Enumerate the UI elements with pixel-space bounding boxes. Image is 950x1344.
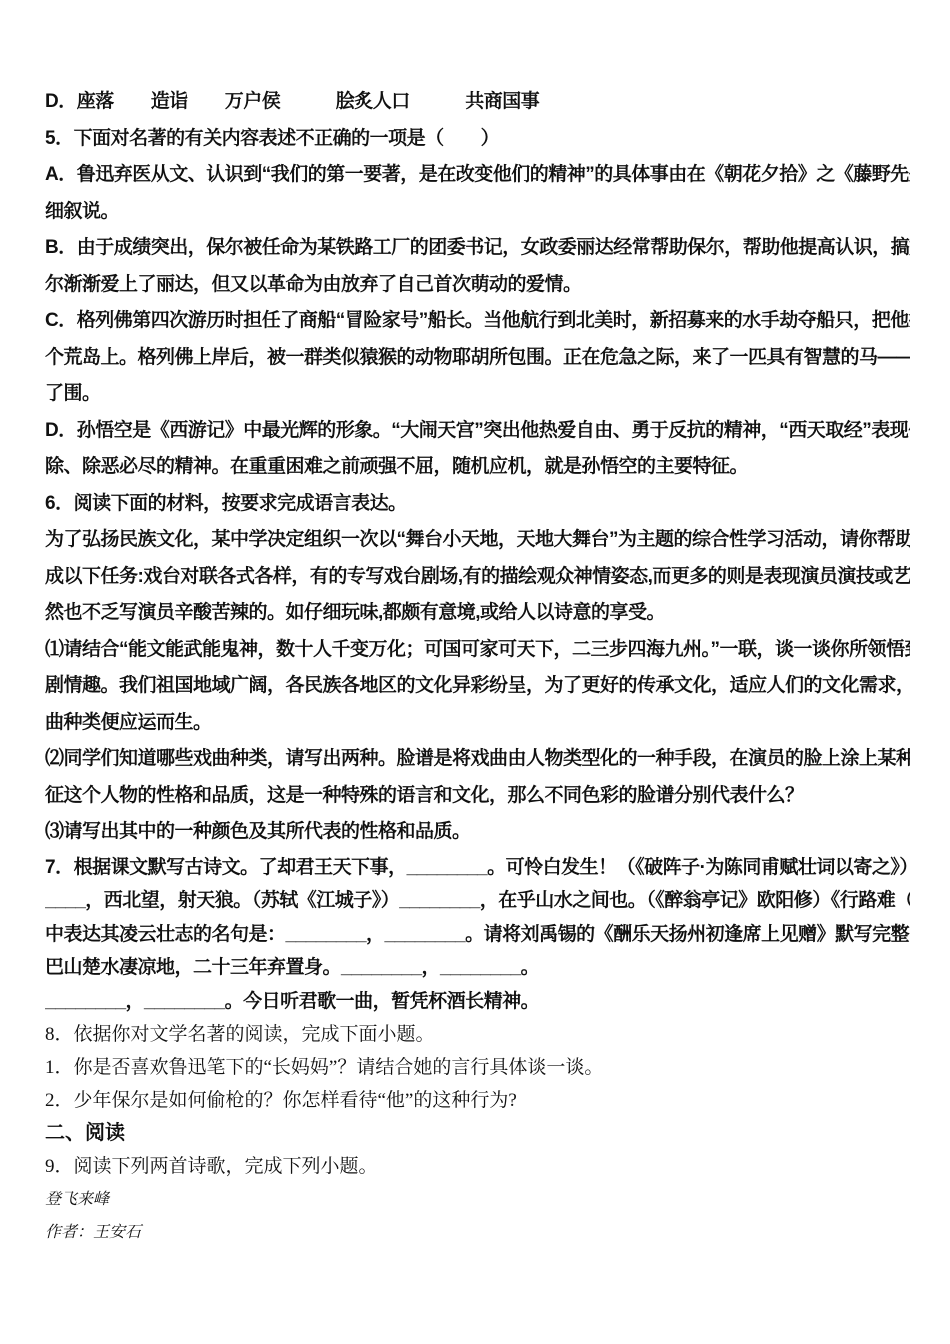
question-7-line-2: ____，西北望，射天狼。（苏轼《江城子》）________，在乎山水之间也。（… [45,884,910,918]
question-6-stem: 6．阅读下面的材料，按要求完成语言表达。 [45,486,910,523]
question-6-material-line-3: 然也不乏写演员辛酸苦辣的。如仔细玩味,都颇有意境,或给人以诗意的享受。 [45,595,910,632]
question-6-task-1-line-2: 剧情趣。我们祖国地域广阔，各民族各地区的文化异彩纷呈，为了更好的传承文化，适应人… [45,668,910,705]
question-5-option-c-line-2: 个荒岛上。格列佛上岸后，被一群类似猿猴的动物耶胡所包围。正在危急之际，来了一匹具… [45,340,910,377]
question-9-stem: 9．阅读下列两首诗歌，完成下列小题。 [45,1150,910,1183]
question-5-option-a-line-1: A．鲁迅弃医从文、认识到“我们的第一要著，是在改变他们的精神”的具体事由在《朝花… [45,157,910,194]
reading-section: 二、阅读 9．阅读下列两首诗歌，完成下列小题。 登飞来峰 作者：王安石 [45,1117,910,1249]
question-7-line-4: 巴山楚水凄凉地，二十三年弃置身。________，________。 [45,951,910,985]
question-7-line-5: ________，________。今日听君歌一曲，暂凭杯酒长精神。 [45,985,910,1019]
question-5-option-a-line-2: 细叙说。 [45,194,910,231]
question-8-stem: 8．依据你对文学名著的阅读，完成下面小题。 [45,1018,910,1051]
question-7-line-1: 7．根据课文默写古诗文。了却君王天下事，________。可怜白发生！（《破阵子… [45,851,910,885]
exam-document-page: D．座落 造诣 万户侯 脍炙人口 共商国事 5．下面对名著的有关内容表述不正确的… [0,0,950,1344]
question-6-material-line-1: 为了弘扬民族文化，某中学决定组织一次以“舞台小天地，天地大舞台”为主题的综合性学… [45,522,910,559]
question-8-block: 8．依据你对文学名著的阅读，完成下面小题。 1．你是否喜欢鲁迅笔下的“长妈妈”？… [45,1018,910,1117]
question-5-option-b-line-2: 尔渐渐爱上了丽达，但又以革命为由放弃了自己首次萌动的爱情。 [45,267,910,304]
question-8-sub-1: 1．你是否喜欢鲁迅笔下的“长妈妈”？请结合她的言行具体谈一谈。 [45,1051,910,1084]
option-d-word-list: D．座落 造诣 万户侯 脍炙人口 共商国事 [45,84,910,121]
question-5-stem: 5．下面对名著的有关内容表述不正确的一项是（ ） [45,121,910,158]
question-6-task-1-line-3: 曲种类便应运而生。 [45,705,910,742]
question-5-option-d-line-2: 除、除恶必尽的精神。在重重困难之前顽强不屈，随机应机，就是孙悟空的主要特征。 [45,449,910,486]
question-5-block: D．座落 造诣 万户侯 脍炙人口 共商国事 5．下面对名著的有关内容表述不正确的… [45,84,910,486]
question-5-option-c-line-1: C．格列佛第四次游历时担任了商船“冒险家号”船长。当他航行到北美时，新招募来的水… [45,303,910,340]
section-2-header: 二、阅读 [45,1117,910,1150]
question-6-task-3: ⑶请写出其中的一种颜色及其所代表的性格和品质。 [45,814,910,851]
poem-author: 作者：王安石 [45,1216,910,1249]
question-7-line-3: 中表达其凌云壮志的名句是：________，________。请将刘禹锡的《酬乐… [45,918,910,952]
question-6-block: 6．阅读下面的材料，按要求完成语言表达。 为了弘扬民族文化，某中学决定组织一次以… [45,486,910,851]
question-6-task-2-line-2: 征这个人物的性格和品质，这是一种特殊的语言和文化，那么不同色彩的脸谱分别代表什么… [45,778,910,815]
question-6-task-1-line-1: ⑴请结合“能文能武能鬼神，数十人千变万化；可国可家可天下，二三步四海九州。”一联… [45,632,910,669]
question-5-option-b-line-1: B．由于成绩突出，保尔被任命为某铁路工厂的团委书记，女政委丽达经常帮助保尔，帮助… [45,230,910,267]
question-8-sub-2: 2．少年保尔是如何偷枪的？你怎样看待“他”的这种行为? [45,1084,910,1117]
question-6-task-2-line-1: ⑵同学们知道哪些戏曲种类，请写出两种。脸谱是将戏曲由人物类型化的一种手段，在演员… [45,741,910,778]
question-7-block: 7．根据课文默写古诗文。了却君王天下事，________。可怜白发生！（《破阵子… [45,851,910,1019]
question-5-option-c-line-3: 了围。 [45,376,910,413]
poem-title: 登飞来峰 [45,1183,910,1216]
question-5-option-d-line-1: D．孙悟空是《西游记》中最光辉的形象。“大闹天宫”突出他热爱自由、勇于反抗的精神… [45,413,910,450]
question-6-material-line-2: 成以下任务:戏台对联各式各样，有的专写戏台剧场,有的描绘观众神情姿态,而更多的则… [45,559,910,596]
